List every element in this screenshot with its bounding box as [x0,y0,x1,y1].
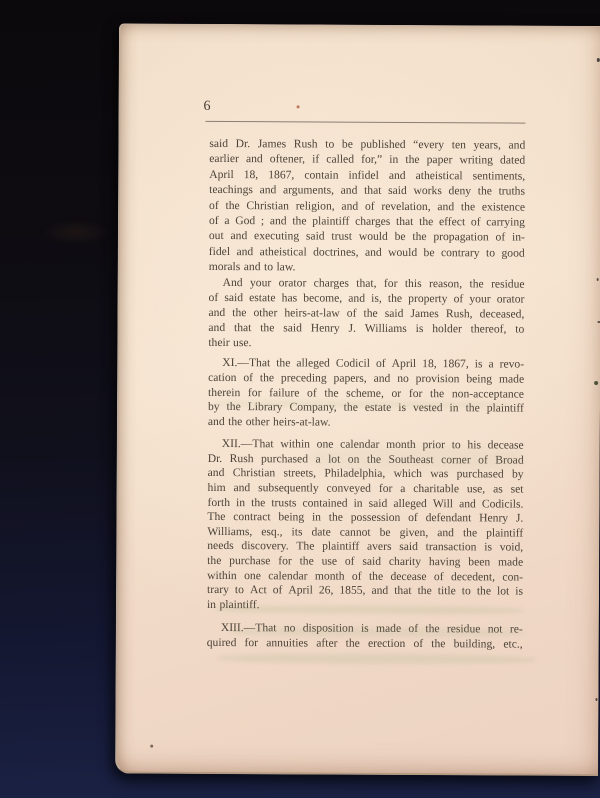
text-line: XI.—ThattheallegedCodicilofApril18,1867,… [208,356,524,372]
text-line: inplaintiff. [207,598,523,614]
text-line: Thecontractbeinginthepossessionofdefenda… [207,510,523,526]
text-line: withinonecalendarmonthofthedeceaseofdece… [207,569,523,585]
page-speck [597,278,599,281]
page-speck [595,698,597,701]
text-line: outandexecutingsaidtrustwouldbethepropag… [209,228,525,245]
text-line: ofsaidestatehasbecome,andis,thepropertyo… [209,289,525,306]
header-rule [205,121,525,124]
paragraph: XII.—Thatwithinonecalendarmonthpriortohi… [207,437,524,614]
text-line: andthatthesaidHenryJ.Williamsisholderthe… [208,319,524,336]
text-line: earlierandoftener,ifcalledfor,”inthepape… [209,151,525,168]
book-page: 6 saidDr.JamesRushtobepublished“everyten… [115,23,600,776]
text-line: April18,1867,containinfidelandatheistica… [209,167,525,184]
text-line: theiruse. [208,334,524,351]
text-line: moralsandtolaw. [209,259,525,276]
text-line: thepurchasefortheuseofsaidcharityhavingb… [207,554,523,570]
text-line: cationoftheprecedingpapers,andnoprovisio… [208,371,524,387]
paragraph: XI.—ThattheallegedCodicilofApril18,1867,… [208,356,524,432]
paragraph: XIII.—Thatnodispositionismadeoftheresidu… [207,621,523,652]
page-speck [297,105,300,108]
text-line: Williams,esq.,itsdatecannotbegiven,andth… [207,525,523,541]
page-speck [597,58,600,62]
text-line: oftheChristianreligion,andofrevelation,a… [209,198,525,215]
photo-backdrop: 6 saidDr.JamesRushtobepublished“everyten… [0,0,600,798]
text-line: andChristianstreets,Philadelphia,whichwa… [208,466,524,482]
text-line: XIII.—Thatnodispositionismadeoftheresidu… [207,621,523,637]
page-text: saidDr.JamesRushtobepublished“everytenye… [207,136,526,653]
paragraph: saidDr.JamesRushtobepublished“everytenye… [209,136,526,276]
text-line: XII.—Thatwithinonecalendarmonthpriortohi… [208,437,524,453]
text-line: thereinforfailureofthescheme,orforthenon… [208,385,524,401]
text-line: Dr.RushpurchasedalotontheSoutheastcorner… [208,452,524,468]
text-line: ofaGod;andtheplaintiffchargesthattheeffe… [209,213,525,230]
text-line: saidDr.JamesRushtobepublished“everytenye… [209,136,525,153]
text-line: andtheotherheirs-at-lawofthesaidJamesRus… [208,304,524,321]
page-speck [594,381,598,385]
backdrop-smudge [40,220,112,244]
page-number: 6 [204,99,211,115]
text-line: teachingsandarguments,andthatsaidworksde… [209,182,525,199]
text-line: trarytoActofApril26,1855,andthatthetitle… [207,583,523,599]
text-line: quiredforannuitiesaftertheerectionoftheb… [207,636,523,652]
page-stain [218,653,536,665]
text-line: fidelandatheisticaldoctrines,andwouldbec… [209,244,525,261]
text-line: forthinthetrustscontainedinsaidallegedWi… [207,496,523,512]
text-line: andtheotherheirs-at-law. [208,415,524,431]
text-line: needsdiscovery.Theplaintiffaverssaidtran… [207,539,523,555]
text-line: bytheLibraryCompany,theestateisvestedint… [208,400,524,416]
text-line: Andyouroratorchargesthat,forthisreason,t… [209,274,525,291]
page-speck [150,745,153,748]
paragraph: Andyouroratorchargesthat,forthisreason,t… [208,274,524,351]
text-line: himandsubsequentlyconveyedforacharitable… [208,481,524,497]
